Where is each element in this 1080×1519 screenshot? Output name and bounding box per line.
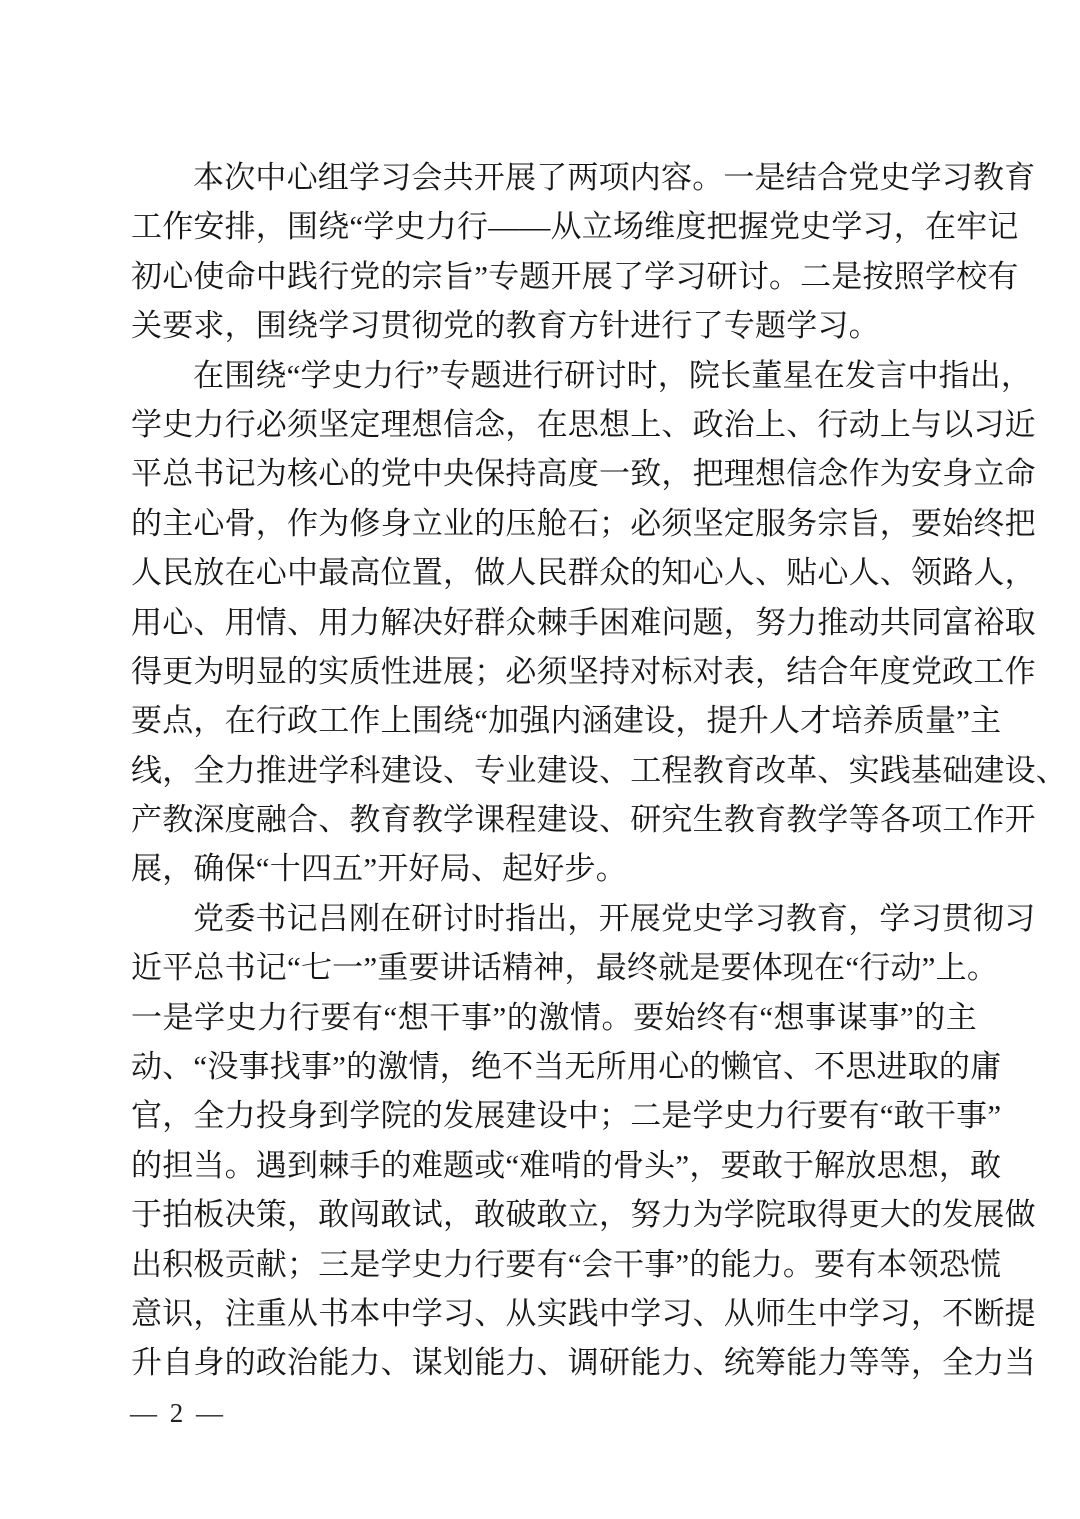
text-line: 线，全力推进学科建设、专业建设、工程教育改革、实践基础建设、: [131, 746, 977, 795]
document-page: 本次中心组学习会共开展了两项内容。一是结合党史学习教育工作安排，围绕“学史力行—…: [0, 0, 1080, 1519]
text-line: 的主心骨，作为修身立业的压舱石；必须坚定服务宗旨，要始终把: [131, 499, 977, 548]
text-line: 展，确保“十四五”开好局、起好步。: [131, 844, 977, 893]
text-line: 动、“没事找事”的激情，绝不当无所用心的懒官、不思进取的庸: [131, 1042, 977, 1091]
text-line: 官，全力投身到学院的发展建设中；二是学史力行要有“敢干事”: [131, 1091, 977, 1140]
text-line: 产教深度融合、教育教学课程建设、研究生教育教学等各项工作开: [131, 795, 977, 844]
text-line: 本次中心组学习会共开展了两项内容。一是结合党史学习教育: [131, 153, 977, 202]
document-body: 本次中心组学习会共开展了两项内容。一是结合党史学习教育工作安排，围绕“学史力行—…: [131, 153, 977, 1388]
text-line: 工作安排，围绕“学史力行——从立场维度把握党史学习，在牢记: [131, 202, 977, 251]
text-line: 人民放在心中最高位置，做人民群众的知心人、贴心人、领路人，: [131, 548, 977, 597]
text-line: 用心、用情、用力解决好群众棘手困难问题，努力推动共同富裕取: [131, 598, 977, 647]
text-line: 一是学史力行要有“想干事”的激情。要始终有“想事谋事”的主: [131, 993, 977, 1042]
text-line: 近平总书记“七一”重要讲话精神，最终就是要体现在“行动”上。: [131, 943, 977, 992]
text-line: 意识，注重从书本中学习、从实践中学习、从师生中学习，不断提: [131, 1289, 977, 1338]
text-line: 平总书记为核心的党中央保持高度一致，把理想信念作为安身立命: [131, 449, 977, 498]
text-line: 学史力行必须坚定理想信念，在思想上、政治上、行动上与以习近: [131, 400, 977, 449]
page-number-text: — 2 —: [130, 1398, 226, 1428]
text-line: 于拍板决策，敢闯敢试，敢破敢立，努力为学院取得更大的发展做: [131, 1190, 977, 1239]
text-line: 党委书记吕刚在研讨时指出，开展党史学习教育，学习贯彻习: [131, 894, 977, 943]
page-number: — 2 —: [130, 1398, 226, 1429]
text-line: 在围绕“学史力行”专题进行研讨时，院长董星在发言中指出，: [131, 351, 977, 400]
paragraph: 在围绕“学史力行”专题进行研讨时，院长董星在发言中指出，学史力行必须坚定理想信念…: [131, 351, 977, 894]
text-line: 升自身的政治能力、谋划能力、调研能力、统筹能力等等，全力当: [131, 1338, 977, 1387]
paragraph: 本次中心组学习会共开展了两项内容。一是结合党史学习教育工作安排，围绕“学史力行—…: [131, 153, 977, 351]
paragraph: 党委书记吕刚在研讨时指出，开展党史学习教育，学习贯彻习近平总书记“七一”重要讲话…: [131, 894, 977, 1388]
text-line: 初心使命中践行党的宗旨”专题开展了学习研讨。二是按照学校有: [131, 252, 977, 301]
text-line: 关要求，围绕学习贯彻党的教育方针进行了专题学习。: [131, 301, 977, 350]
text-line: 出积极贡献；三是学史力行要有“会干事”的能力。要有本领恐慌: [131, 1240, 977, 1289]
text-line: 的担当。遇到棘手的难题或“难啃的骨头”，要敢于解放思想，敢: [131, 1141, 977, 1190]
text-line: 得更为明显的实质性进展；必须坚持对标对表，结合年度党政工作: [131, 647, 977, 696]
text-line: 要点，在行政工作上围绕“加强内涵建设，提升人才培养质量”主: [131, 696, 977, 745]
